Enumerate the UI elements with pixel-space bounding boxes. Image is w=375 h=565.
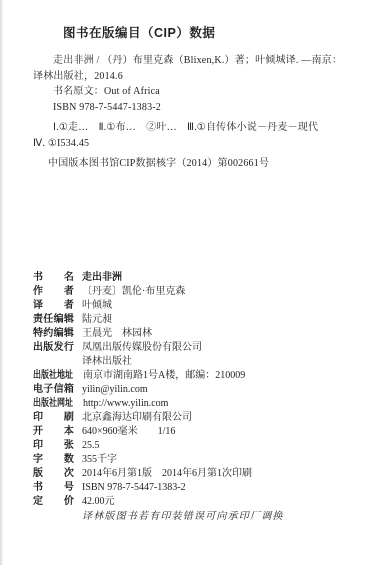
colophon-row-value: 25.5 bbox=[82, 439, 100, 453]
colophon-row-value: 走出非洲 bbox=[82, 271, 122, 285]
colophon-row: 译 者 叶倾城 bbox=[33, 299, 365, 313]
colophon-row-value: yilin@yilin.com bbox=[82, 383, 148, 397]
colophon-row-label: 开 本 bbox=[33, 425, 82, 439]
colophon-row: 书 名 走出非洲 bbox=[33, 271, 365, 285]
colophon-row-value: 〔丹麦〕凯伦·布里克森 bbox=[82, 285, 185, 299]
colophon-row: 字 数 355千字 bbox=[33, 453, 365, 467]
colophon-row-label: 书 名 bbox=[33, 271, 82, 285]
colophon-row: 书 号 ISBN 978-7-5447-1383-2 bbox=[33, 481, 365, 495]
colophon-row-value: 355千字 bbox=[82, 453, 117, 467]
colophon-row-label: 书 号 bbox=[33, 481, 82, 495]
colophon-row: 责任编辑 陆元昶 bbox=[33, 313, 365, 327]
cip-line: ISBN 978-7-5447-1383-2 bbox=[33, 100, 359, 116]
colophon-row-label: 译 者 bbox=[33, 299, 82, 313]
colophon-section: 书 名 走出非洲 作 者 〔丹麦〕凯伦·布里克森 译 者 叶倾城 责任编辑 陆元… bbox=[33, 271, 365, 524]
colophon-row-value: 北京鑫海达印刷有限公司 bbox=[82, 411, 192, 425]
colophon-row: 出版社网址 http://www.yilin.com bbox=[33, 397, 365, 411]
colophon-row-label: 出版社地址 bbox=[33, 369, 73, 383]
misprint-exchange-note: 译林版图书若有印装错误可向承印厂调换 bbox=[82, 510, 365, 524]
book-copyright-page: 图书在版编目（CIP）数据 走出非洲 / （丹）布里克森（Blixen,K.）著… bbox=[0, 0, 375, 565]
colophon-row: 作 者 〔丹麦〕凯伦·布里克森 bbox=[33, 285, 365, 299]
cip-line: 中国版本图书馆CIP数据核字（2014）第002661号 bbox=[33, 156, 359, 172]
cip-heading: 图书在版编目（CIP）数据 bbox=[63, 26, 359, 40]
colophon-row-value: ISBN 978-7-5447-1383-2 bbox=[82, 481, 186, 495]
colophon-row-label: 责任编辑 bbox=[33, 313, 82, 327]
colophon-row: 译林出版社 bbox=[33, 355, 365, 369]
cip-line: 译林出版社，2014.6 bbox=[33, 69, 359, 85]
colophon-row-label: 字 数 bbox=[33, 453, 82, 467]
colophon-row-value: 南京市湖南路1号A楼，邮编：210009 bbox=[83, 369, 245, 383]
colophon-row-label: 出版发行 bbox=[33, 341, 82, 355]
colophon-row: 印 刷 北京鑫海达印刷有限公司 bbox=[33, 411, 365, 425]
colophon-row-value: 2014年6月第1版 2014年6月第1次印刷 bbox=[82, 467, 252, 481]
colophon-row: 定 价 42.00元 bbox=[33, 495, 365, 509]
colophon-row: 出版社地址 南京市湖南路1号A楼，邮编：210009 bbox=[33, 369, 365, 383]
cip-line: Ⅳ. ①I534.45 bbox=[33, 136, 359, 152]
colophon-row-value: 42.00元 bbox=[82, 495, 115, 509]
colophon-row-value: 陆元昶 bbox=[82, 313, 112, 327]
colophon-row-value: 叶倾城 bbox=[82, 299, 112, 313]
colophon-row-label: 特约编辑 bbox=[33, 327, 82, 341]
colophon-row-value: 凤凰出版传媒股份有限公司 bbox=[82, 341, 202, 355]
colophon-row-label: 版 次 bbox=[33, 467, 82, 481]
colophon-row-label: 作 者 bbox=[33, 285, 82, 299]
colophon-row: 开 本 640×960毫米 1/16 bbox=[33, 425, 365, 439]
colophon-row-value: 王晨光 林园林 bbox=[82, 327, 152, 341]
cip-line: 书名原文：Out of Africa bbox=[33, 84, 359, 100]
colophon-row: 出版发行 凤凰出版传媒股份有限公司 bbox=[33, 341, 365, 355]
colophon-row: 特约编辑 王晨光 林园林 bbox=[33, 327, 365, 341]
colophon-row-label: 定 价 bbox=[33, 495, 82, 509]
colophon-row-value: http://www.yilin.com bbox=[83, 397, 168, 411]
colophon-row-label: 出版社网址 bbox=[33, 397, 73, 411]
colophon-row: 印 张 25.5 bbox=[33, 439, 365, 453]
cip-section: 图书在版编目（CIP）数据 走出非洲 / （丹）布里克森（Blixen,K.）著… bbox=[33, 26, 359, 172]
colophon-row-label: 印 刷 bbox=[33, 411, 82, 425]
colophon-row-value: 译林出版社 bbox=[82, 355, 132, 369]
colophon-row: 版 次 2014年6月第1版 2014年6月第1次印刷 bbox=[33, 467, 365, 481]
colophon-row-label: 印 张 bbox=[33, 439, 82, 453]
colophon-row-value: 640×960毫米 1/16 bbox=[82, 425, 175, 439]
cip-line: 走出非洲 / （丹）布里克森（Blixen,K.）著；叶倾城译. —南京： bbox=[33, 53, 359, 69]
colophon-row: 电子信箱 yilin@yilin.com bbox=[33, 383, 365, 397]
cip-line: Ⅰ.①走… Ⅱ.①布… ②叶… Ⅲ.①自传体小说－丹麦－现代 bbox=[33, 120, 359, 136]
page-edge-shadow bbox=[0, 0, 4, 565]
colophon-row-label: 电子信箱 bbox=[33, 383, 82, 397]
cip-record: 走出非洲 / （丹）布里克森（Blixen,K.）著；叶倾城译. —南京： 译林… bbox=[33, 53, 359, 172]
colophon-table: 书 名 走出非洲 作 者 〔丹麦〕凯伦·布里克森 译 者 叶倾城 责任编辑 陆元… bbox=[33, 271, 365, 509]
